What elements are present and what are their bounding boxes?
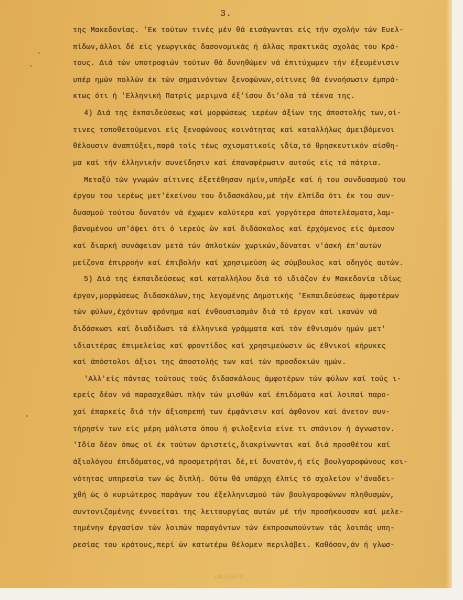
paper-speck	[38, 52, 40, 54]
text-line: κτως ότι ή 'Ελληνική Πατρίς μεριμνά έξ'ί…	[73, 93, 443, 102]
text-line: έργον,μορφώσεως διδασκάλων,της λεγομένης…	[73, 293, 443, 302]
archive-stamp: UNI0079	[215, 574, 244, 581]
text-line: διδάσκωσι καί διαδίδωσι τά έλληνικά γράμ…	[73, 326, 443, 335]
text-line: καί άπόστολοι άξιοι της άποστολής των κα…	[73, 359, 443, 368]
text-line: τών φύλων,έχόντων φρόνημα καί ένθουσιασμ…	[73, 309, 443, 318]
text-line: 4) Διά της έκπαιδεύσεως καί μορφώσεως ιε…	[84, 110, 454, 119]
text-line: τημένην έργασίαν τών λοιπών παραγόντων τ…	[73, 525, 443, 534]
text-line: συντονιζομένης έννοείται της λειτουργίας…	[73, 509, 443, 518]
text-line: νότητας υπηρεσία των ώς διπλή. Ούτω θά υ…	[73, 476, 443, 485]
text-line: βανομένου υπ'όψει ότι ό ιερεύς ών καί δι…	[73, 226, 443, 235]
text-line: πίδων,άλλοι δέ είς γεωργικάς δασονομικάς…	[73, 44, 443, 53]
text-line: της Μακεδονίας. 'Εκ τούτων τινές μέν θά …	[73, 27, 443, 36]
text-line: ιδιαιτέρας έπιμελείας καί φροντίδος καί …	[73, 343, 443, 352]
text-line: 5) Διά της έκπαιδεύσεως καί καταλλήλου δ…	[84, 276, 454, 285]
text-line: τήρησίν των είς μέρη μάλιστα όπου ή φιλο…	[73, 426, 443, 435]
text-line: χθή ώς ό κυριώτερος παράγων του έξελληνι…	[73, 492, 443, 501]
text-line: τους. Διά τών υποτροφιών τούτων θά δυνηθ…	[73, 60, 443, 69]
text-line: άξιολόγου έπιδόματος,νά προσμετρήται δέ,…	[73, 459, 443, 468]
text-line: υπέρ ημών πολλών έκ τών σημαινόντων ξενο…	[73, 77, 443, 86]
text-line: 'Αλλ'είς πάντας τούτους τούς διδασκάλους…	[84, 376, 454, 385]
text-line: ρεσίας του κράτους,περί ών κατωτέρω θέλο…	[73, 542, 443, 551]
text-line: τινες τοποθετούμενοι είς ξενοφώνους κοιν…	[73, 127, 443, 136]
text-line: έργου του ιερέως μετ'έκείνου του διδασκά…	[73, 193, 443, 202]
text-line: καί διαρκή συνάφειαν μετά τών άπλοϊκών χ…	[73, 243, 443, 252]
paper-speck	[26, 415, 28, 417]
text-line: 'Ιδία δέον όπως οί έκ τούτων άριστείς,δι…	[73, 442, 443, 451]
text-line: θέλουσιν άναπτύξει,παρά τοίς τέως σχισμα…	[73, 143, 443, 152]
document-page: 3. της Μακεδονίας. 'Εκ τούτων τινές μέν …	[0, 0, 452, 588]
text-line: ερείς δέον νά παρασχεθώσι πλήν τών μισθώ…	[73, 392, 443, 401]
text-line: Μεταξύ τών γνωμών αίτινες έξετέθησαν ημί…	[84, 177, 454, 186]
text-line: δυασμού τούτου δυνατόν νά έχωμεν καλύτερ…	[73, 210, 443, 219]
text-line: μα καί τήν έλληνικήν συνείδησιν καί έπαν…	[73, 160, 443, 169]
paper-speck	[30, 65, 32, 67]
text-line: χαί έπαρκείς διά τήν άξιοπρεπή των έμφάν…	[73, 409, 443, 418]
page-number: 3.	[0, 9, 452, 19]
text-line: μείζονα έπιρροήν καί έπιβολήν καί χρησιμ…	[73, 260, 443, 269]
